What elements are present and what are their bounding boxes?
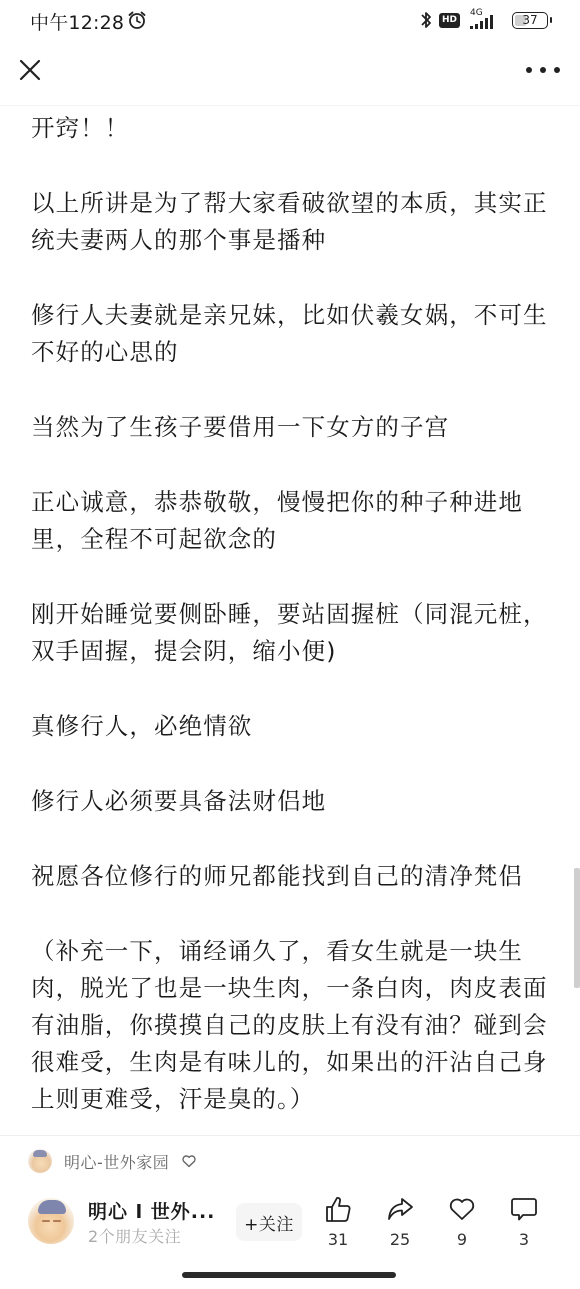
article-body: 开窍！！ 以上所讲是为了帮大家看破欲望的本质，其实正统夫妻两人的那个事是播种 修… [31, 110, 559, 1156]
paragraph: 真修行人，必绝情欲 [31, 708, 559, 745]
cellular-signal-icon: 4G [466, 10, 506, 30]
more-dots-icon [526, 67, 532, 73]
alarm-clock-icon [127, 10, 147, 30]
more-options-button[interactable] [526, 62, 560, 78]
source-avatar [28, 1149, 52, 1173]
comment-button[interactable]: 3 [504, 1194, 544, 1249]
favorite-count: 9 [457, 1230, 467, 1249]
paragraph: 当然为了生孩子要借用一下女方的子宫 [31, 409, 559, 446]
battery-icon: 37 [512, 12, 548, 29]
more-dot [540, 67, 546, 73]
battery-tip [550, 17, 552, 23]
author-avatar[interactable] [28, 1198, 74, 1244]
share-arrow-icon [385, 1194, 415, 1224]
paragraph: 开窍！！ [31, 110, 559, 147]
comment-count: 3 [519, 1230, 529, 1249]
paragraph: 祝愿各位修行的师兄都能找到自己的清净梵侣 [31, 858, 559, 895]
heart-outline-icon [181, 1153, 197, 1169]
paragraph: 修行人夫妻就是亲兄妹，比如伏羲女娲，不可生不好的心思的 [31, 297, 559, 371]
author-name[interactable]: 明心 l 世外... [88, 1197, 215, 1224]
hd-badge: HD [439, 13, 460, 28]
follow-button[interactable]: +关注 [236, 1203, 302, 1241]
source-account[interactable]: 明心-世外家园 [28, 1148, 197, 1174]
paragraph: 刚开始睡觉要侧卧睡，要站固握桩（同混元桩，双手固握，提会阴，缩小便) [31, 596, 559, 670]
author-bar: 明心 l 世外... 2个朋友关注 +关注 31 25 9 3 [28, 1194, 580, 1254]
share-count: 25 [390, 1230, 410, 1249]
more-dot [554, 67, 560, 73]
nav-bar [0, 44, 580, 106]
thumbs-up-icon [323, 1194, 353, 1224]
comment-bubble-icon [509, 1194, 539, 1224]
status-time: 中午12:28 [30, 8, 124, 35]
battery-level: 37 [522, 13, 537, 27]
bluetooth-icon [419, 10, 433, 30]
favorite-button[interactable]: 9 [442, 1194, 482, 1249]
scrollbar[interactable] [574, 868, 580, 988]
source-name: 明心-世外家园 [64, 1150, 169, 1173]
close-button[interactable] [14, 54, 46, 86]
paragraph: 修行人必须要具备法财侣地 [31, 783, 559, 820]
footer-divider [0, 1135, 580, 1136]
status-icons: HD 4G 37 [419, 9, 552, 31]
paragraph: 正心诚意，恭恭敬敬，慢慢把你的种子种进地里，全程不可起欲念的 [31, 484, 559, 558]
author-followers: 2个朋友关注 [88, 1224, 181, 1247]
paragraph: （补充一下，诵经诵久了，看女生就是一块生肉，脱光了也是一块生肉，一条白肉，肉皮表… [31, 933, 559, 1118]
home-indicator[interactable] [182, 1272, 396, 1278]
paragraph: 以上所讲是为了帮大家看破欲望的本质，其实正统夫妻两人的那个事是播种 [31, 185, 559, 259]
like-button[interactable]: 31 [318, 1194, 358, 1249]
heart-icon [447, 1194, 477, 1224]
status-bar: 中午12:28 HD 4G 37 [0, 0, 580, 40]
close-icon [14, 54, 46, 86]
share-button[interactable]: 25 [380, 1194, 420, 1249]
like-count: 31 [328, 1230, 348, 1249]
